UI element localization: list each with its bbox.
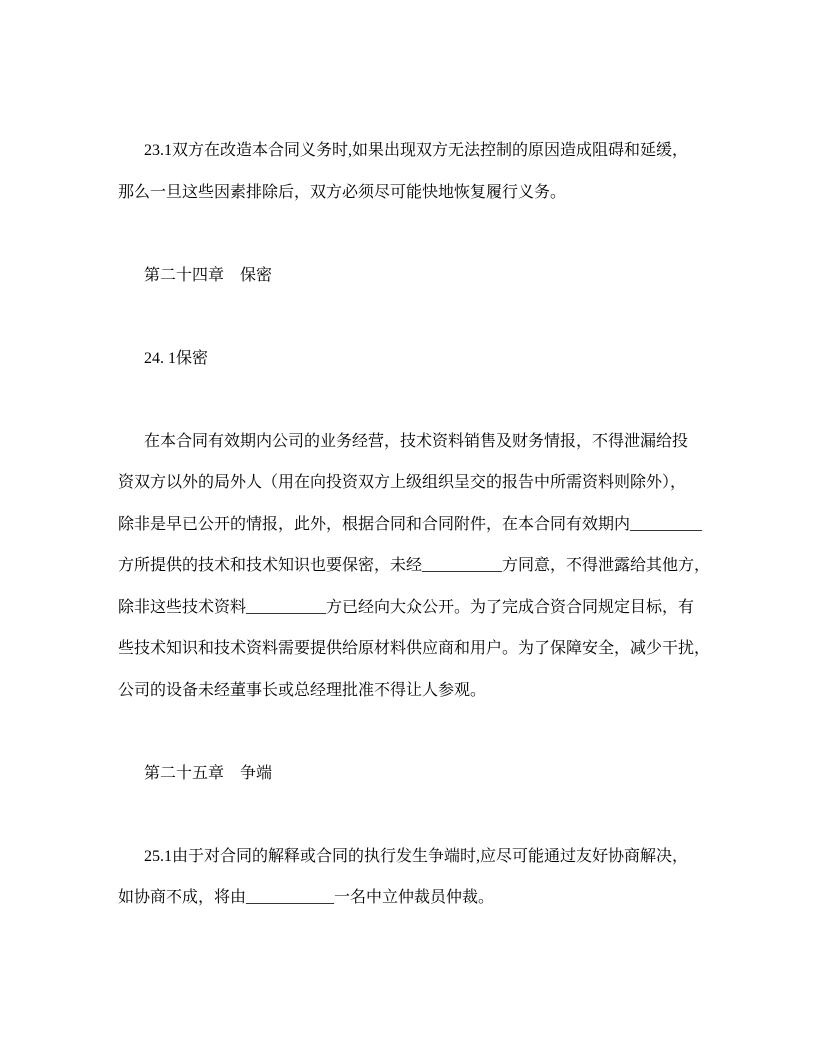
chapter-24-heading: 第二十四章 保密: [118, 255, 726, 297]
document-page: 23.1双方在改造本合同义务时,如果出现双方无法控制的原因造成阻碍和延缓， 那么…: [0, 0, 816, 1056]
clause-24-1-heading: 24. 1保密: [118, 338, 726, 380]
clause-25-1-line-2: 如协商不成，将由___________一名中立仲裁员仲裁。: [118, 877, 726, 919]
clause-25-1-line-1: 25.1由于对合同的解释或合同的执行发生争端时,应尽可能通过友好协商解决，: [118, 836, 726, 878]
clause-24-1-body-line-3: 除非是早已公开的情报，此外，根据合同和合同附件，在本合同有效期内________…: [118, 504, 726, 546]
clause-23-1-line-1: 23.1双方在改造本合同义务时,如果出现双方无法控制的原因造成阻碍和延缓，: [118, 130, 726, 172]
document-content: 23.1双方在改造本合同义务时,如果出现双方无法控制的原因造成阻碍和延缓， 那么…: [0, 0, 816, 919]
clause-23-1-line-2: 那么一旦这些因素排除后，双方必须尽可能快地恢复履行义务。: [118, 172, 726, 214]
chapter-25-heading: 第二十五章 争端: [118, 753, 726, 795]
clause-24-1-body-line-6: 些技术知识和技术资料需要提供给原材料供应商和用户。为了保障安全，减少干扰，: [118, 628, 726, 670]
clause-24-1-body-line-4: 方所提供的技术和技术知识也要保密，未经__________方同意，不得泄露给其他…: [118, 545, 726, 587]
clause-24-1-body-line-7: 公司的设备未经董事长或总经理批准不得让人参观。: [118, 670, 726, 712]
clause-24-1-body-line-5: 除非这些技术资料__________方已经向大众公开。为了完成合资合同规定目标，…: [118, 587, 726, 629]
clause-24-1-body-line-1: 在本合同有效期内公司的业务经营，技术资料销售及财务情报，不得泄漏给投: [118, 421, 726, 463]
clause-24-1-body-line-2: 资双方以外的局外人（用在向投资双方上级组织呈交的报告中所需资料则除外），: [118, 462, 726, 504]
